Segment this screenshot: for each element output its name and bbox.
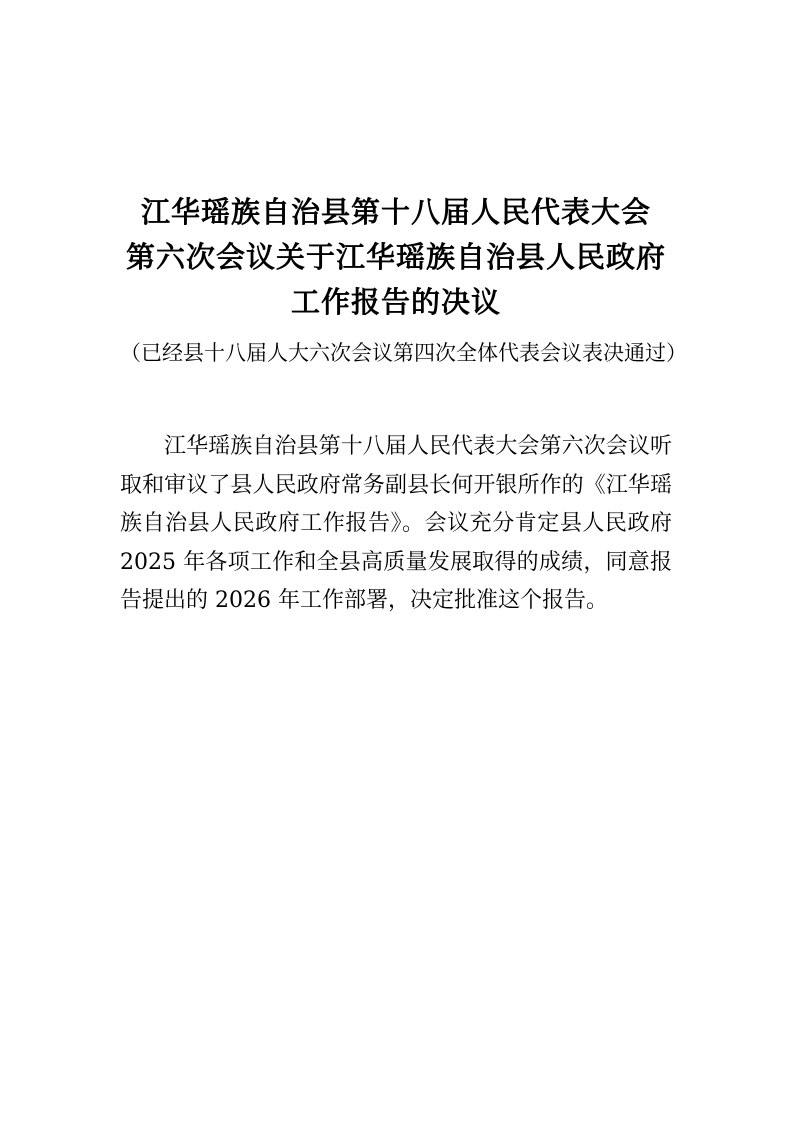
document-title-line-2: 第六次会议关于江华瑶族自治县人民政府: [120, 235, 672, 280]
document-title-line-3: 工作报告的决议: [120, 280, 672, 325]
document-subtitle: （已经县十八届人大六次会议第四次全体代表会议表决通过）: [120, 338, 672, 368]
document-title-line-1: 江华瑶族自治县第十八届人民代表大会: [120, 190, 672, 235]
document-title: 江华瑶族自治县第十八届人民代表大会 第六次会议关于江华瑶族自治县人民政府 工作报…: [120, 190, 672, 325]
document-page: 江华瑶族自治县第十八届人民代表大会 第六次会议关于江华瑶族自治县人民政府 工作报…: [0, 0, 793, 1122]
body-paragraph: 江华瑶族自治县第十八届人民代表大会第六次会议听取和审议了县人民政府常务副县长何开…: [120, 428, 672, 621]
